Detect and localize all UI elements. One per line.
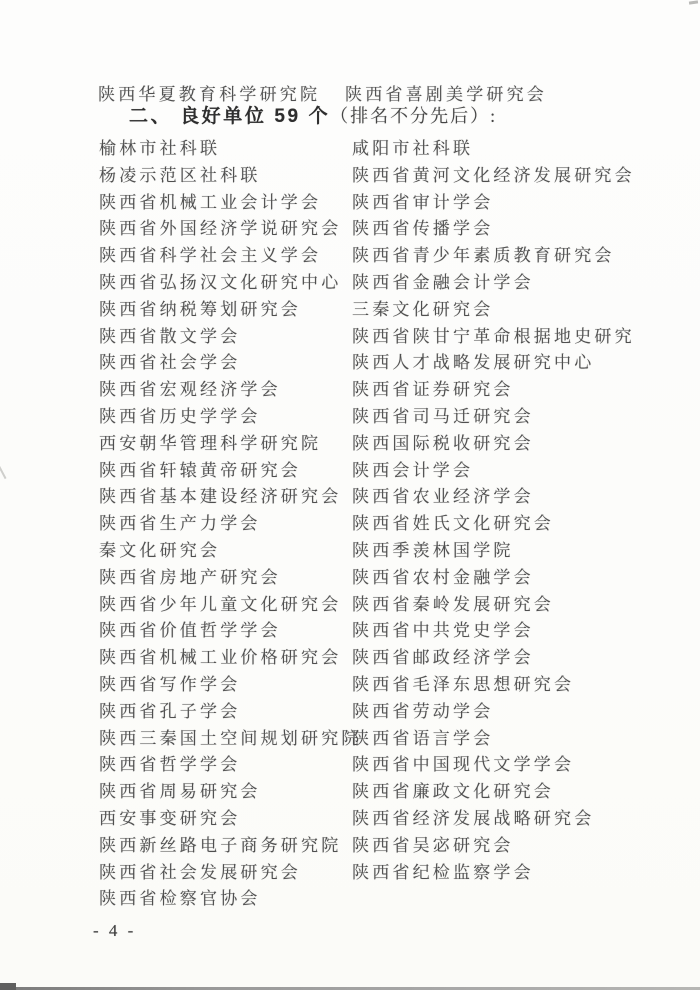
org-name-right: 陕西省陕甘宁革命根据地史研究 xyxy=(352,324,635,351)
org-name-right: 咸阳市社科联 xyxy=(352,136,473,163)
org-name-right: 陕西省司马迁研究会 xyxy=(352,404,534,431)
org-row: 陕西省少年儿童文化研究会陕西省秦岭发展研究会 xyxy=(0,592,700,619)
org-name-left: 陕西省社会发展研究会 xyxy=(99,860,301,887)
org-name-left: 秦文化研究会 xyxy=(99,538,220,565)
org-name-right: 陕西省吴宓研究会 xyxy=(352,833,514,860)
org-name-left: 陕西省轩辕黄帝研究会 xyxy=(99,458,301,485)
document-page: 陕西华夏教育科学研究院 陕西省喜剧美学研究会 二、 良好单位 59 个（排名不分… xyxy=(0,0,700,990)
org-row: 陕西省纳税筹划研究会三秦文化研究会 xyxy=(0,297,700,324)
page-number: - 4 - xyxy=(93,920,136,942)
org-name-right: 陕西省经济发展战略研究会 xyxy=(352,806,594,833)
org-name-left: 陕西省少年儿童文化研究会 xyxy=(99,592,341,619)
org-row: 西安朝华管理科学研究院陕西国际税收研究会 xyxy=(0,431,700,458)
org-name-right: 陕西会计学会 xyxy=(352,458,473,485)
org-row: 陕西省基本建设经济研究会陕西省农业经济学会 xyxy=(0,484,700,511)
org-row: 陕西省机械工业会计学会陕西省审计学会 xyxy=(0,190,700,217)
org-row: 陕西三秦国土空间规划研究院陕西省语言学会 xyxy=(0,726,700,753)
org-name-left: 陕西省外国经济学说研究会 xyxy=(99,216,341,243)
org-name-right: 陕西省青少年素质教育研究会 xyxy=(352,243,615,270)
org-name-right: 陕西省农业经济学会 xyxy=(352,484,534,511)
org-row: 陕西省写作学会陕西省毛泽东思想研究会 xyxy=(0,672,700,699)
org-name-left: 西安朝华管理科学研究院 xyxy=(99,431,321,458)
org-name-left: 陕西省弘扬汉文化研究中心 xyxy=(99,270,341,297)
org-name-left: 陕西省机械工业价格研究会 xyxy=(99,645,341,672)
org-name-left: 陕西省周易研究会 xyxy=(99,779,261,806)
org-row: 陕西省哲学学会陕西省中国现代文学学会 xyxy=(0,752,700,779)
org-row: 杨凌示范区社科联陕西省黄河文化经济发展研究会 xyxy=(0,163,700,190)
org-name-right: 陕西省审计学会 xyxy=(352,190,493,217)
org-name-right: 陕西省证券研究会 xyxy=(352,377,514,404)
org-name-left: 陕西省房地产研究会 xyxy=(99,565,281,592)
org-name-left: 陕西省写作学会 xyxy=(99,672,240,699)
org-name-right: 陕西省劳动学会 xyxy=(352,699,493,726)
org-name-left: 陕西省生产力学会 xyxy=(99,511,261,538)
org-row: 榆林市社科联咸阳市社科联 xyxy=(0,136,700,163)
scan-bottom-corner-artifact xyxy=(0,983,16,990)
org-name-right: 陕西省姓氏文化研究会 xyxy=(352,511,554,538)
org-name-right: 陕西省邮政经济学会 xyxy=(352,645,534,672)
org-name-left: 陕西三秦国土空间规划研究院 xyxy=(99,726,362,753)
org-row: 陕西省社会学会陕西人才战略发展研究中心 xyxy=(0,350,700,377)
org-name-left: 杨凌示范区社科联 xyxy=(99,163,261,190)
org-name-left: 榆林市社科联 xyxy=(99,136,220,163)
org-name-right: 陕西人才战略发展研究中心 xyxy=(352,350,594,377)
org-row: 陕西省历史学学会陕西省司马迁研究会 xyxy=(0,404,700,431)
org-row: 陕西省散文学会陕西省陕甘宁革命根据地史研究 xyxy=(0,324,700,351)
org-name-left: 陕西省哲学学会 xyxy=(99,752,240,779)
org-row: 陕西省检察官协会 xyxy=(0,886,700,913)
org-row: 陕西省外国经济学说研究会陕西省传播学会 xyxy=(0,216,700,243)
org-row: 陕西省宏观经济学会陕西省证券研究会 xyxy=(0,377,700,404)
section-heading: 二、 良好单位 59 个（排名不分先后）: xyxy=(129,103,497,129)
section-heading-title: 二、 良好单位 59 个 xyxy=(129,106,330,127)
org-name-left: 陕西省孔子学会 xyxy=(99,699,240,726)
org-name-left: 陕西省社会学会 xyxy=(99,350,240,377)
org-name-right: 陕西国际税收研究会 xyxy=(352,431,534,458)
org-name-right: 陕西省黄河文化经济发展研究会 xyxy=(352,163,635,190)
org-row: 陕西省价值哲学学会陕西省中共党史学会 xyxy=(0,618,700,645)
org-name-right: 陕西省毛泽东思想研究会 xyxy=(352,672,574,699)
org-row: 陕西省孔子学会陕西省劳动学会 xyxy=(0,699,700,726)
org-row: 陕西省科学社会主义学会陕西省青少年素质教育研究会 xyxy=(0,243,700,270)
section-heading-note: （排名不分先后）: xyxy=(330,106,497,126)
org-row: 西安事变研究会陕西省经济发展战略研究会 xyxy=(0,806,700,833)
org-name-left: 陕西省基本建设经济研究会 xyxy=(99,484,341,511)
org-name-right: 陕西省传播学会 xyxy=(352,216,493,243)
org-row: 陕西新丝路电子商务研究院陕西省吴宓研究会 xyxy=(0,833,700,860)
org-name-right: 陕西省金融会计学会 xyxy=(352,270,534,297)
org-name-left: 陕西省宏观经济学会 xyxy=(99,377,281,404)
org-name-left: 陕西省纳税筹划研究会 xyxy=(99,297,301,324)
org-name-left: 西安事变研究会 xyxy=(99,806,240,833)
org-name-left: 陕西省价值哲学学会 xyxy=(99,618,281,645)
org-name-right: 陕西省秦岭发展研究会 xyxy=(352,592,554,619)
org-row: 秦文化研究会陕西季羡林国学院 xyxy=(0,538,700,565)
org-name-left: 陕西省机械工业会计学会 xyxy=(99,190,321,217)
org-name-left: 陕西省科学社会主义学会 xyxy=(99,243,321,270)
org-name-left: 陕西省检察官协会 xyxy=(99,886,261,913)
org-row: 陕西省周易研究会陕西省廉政文化研究会 xyxy=(0,779,700,806)
org-name-right: 陕西省中国现代文学学会 xyxy=(352,752,574,779)
scan-top-right-artifact xyxy=(689,0,698,4)
org-name-right: 陕西季羡林国学院 xyxy=(352,538,514,565)
org-name-right: 陕西省廉政文化研究会 xyxy=(352,779,554,806)
org-name-right: 三秦文化研究会 xyxy=(352,297,493,324)
org-list: 榆林市社科联咸阳市社科联杨凌示范区社科联陕西省黄河文化经济发展研究会陕西省机械工… xyxy=(0,136,700,913)
org-row: 陕西省生产力学会陕西省姓氏文化研究会 xyxy=(0,511,700,538)
org-row: 陕西省社会发展研究会陕西省纪检监察学会 xyxy=(0,860,700,887)
org-name-left: 陕西省散文学会 xyxy=(99,324,240,351)
org-row: 陕西省轩辕黄帝研究会陕西会计学会 xyxy=(0,458,700,485)
org-row: 陕西省机械工业价格研究会陕西省邮政经济学会 xyxy=(0,645,700,672)
org-row: 陕西省弘扬汉文化研究中心陕西省金融会计学会 xyxy=(0,270,700,297)
org-name-right: 陕西省中共党史学会 xyxy=(352,618,534,645)
org-row: 陕西省房地产研究会陕西省农村金融学会 xyxy=(0,565,700,592)
org-name-left: 陕西省历史学学会 xyxy=(99,404,261,431)
org-name-right: 陕西省语言学会 xyxy=(352,726,493,753)
org-name-right: 陕西省纪检监察学会 xyxy=(352,860,534,887)
org-name-right: 陕西省农村金融学会 xyxy=(352,565,534,592)
org-name-left: 陕西新丝路电子商务研究院 xyxy=(99,833,341,860)
